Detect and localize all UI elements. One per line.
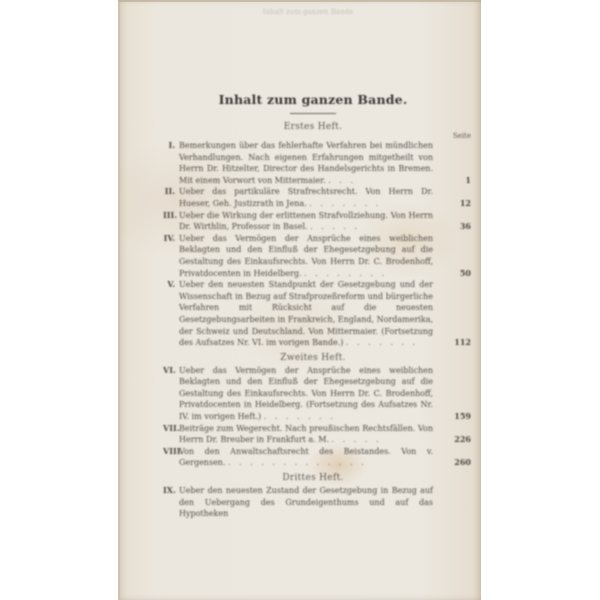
page-title: Inhalt zum ganzen Bande. — [163, 92, 463, 107]
page-edge-top — [118, 0, 481, 2]
entry-text: Ueber das Vermögen der Ansprüche eines w… — [179, 233, 463, 279]
entry-number: I. — [163, 140, 179, 186]
entry-page-number: 12 — [447, 198, 471, 210]
entry-number: III. — [163, 210, 179, 233]
toc-entry: III. Ueber die Wirkung der erlittenen St… — [163, 210, 463, 233]
page-edge-left — [118, 0, 120, 600]
entry-text: Beiträge zum Wegerecht. Nach preußischen… — [179, 423, 463, 446]
toc-entry: V. Ueber den neuesten Standpunkt der Ges… — [163, 279, 463, 349]
entry-number: VII. — [163, 423, 179, 446]
book-page: Inhalt zum ganzen Bande Inhalt zum ganze… — [118, 0, 481, 600]
entry-page-number: 159 — [447, 411, 471, 423]
entry-number: II. — [163, 186, 179, 209]
entry-page-number: 260 — [447, 457, 471, 469]
entry-page-number: 226 — [447, 434, 471, 446]
entry-text: Ueber das partikuläre Strafrechtsrecht. … — [179, 186, 463, 209]
section-heading-erstes-heft: Erstes Heft. — [163, 122, 463, 132]
entry-number: V. — [163, 279, 179, 349]
title-rule-divider — [290, 113, 336, 114]
table-of-contents: Inhalt zum ganzen Bande. Erstes Heft. Se… — [163, 92, 463, 520]
entry-text: Ueber den neuesten Standpunkt der Gesetz… — [179, 279, 463, 349]
entry-number: VIII. — [163, 446, 179, 469]
entry-text: Ueber den neuesten Zustand der Gesetzgeb… — [179, 485, 463, 520]
toc-entry: II. Ueber das partikuläre Strafrechtsrec… — [163, 186, 463, 209]
entry-page-number: 36 — [447, 221, 471, 233]
running-head: Inhalt zum ganzen Bande — [228, 8, 388, 16]
entry-number: IX. — [163, 485, 179, 520]
toc-entry: VIII. Von den Anwaltschaftsrecht des Bei… — [163, 446, 463, 469]
entry-number: IV. — [163, 233, 179, 279]
section-heading-zweites-heft: Zweites Heft. — [163, 353, 463, 363]
entry-page-number: 112 — [447, 337, 471, 349]
page-column-label: Seite — [163, 132, 471, 140]
entry-page-number: 1 — [447, 175, 471, 187]
toc-entry: VII. Beiträge zum Wegerecht. Nach preußi… — [163, 423, 463, 446]
entry-page-number: 50 — [447, 268, 471, 280]
section-heading-drittes-heft: Drittes Heft. — [163, 473, 463, 483]
entry-text: Ueber die Wirkung der erlittenen Strafvo… — [179, 210, 463, 233]
entry-text: Bemerkungen über das fehlerhafte Verfahr… — [179, 140, 463, 186]
toc-entry: IX. Ueber den neuesten Zustand der Geset… — [163, 485, 463, 520]
toc-entry: I. Bemerkungen über das fehlerhafte Verf… — [163, 140, 463, 186]
entry-number: VI. — [163, 365, 179, 423]
toc-entry: IV. Ueber das Vermögen der Ansprüche ein… — [163, 233, 463, 279]
toc-entry: VI. Ueber das Vermögen der Ansprüche ein… — [163, 365, 463, 423]
entry-text: Von den Anwaltschaftsrecht des Beistande… — [179, 446, 463, 469]
entry-text: Ueber das Vermögen der Ansprüche eines w… — [179, 365, 463, 423]
